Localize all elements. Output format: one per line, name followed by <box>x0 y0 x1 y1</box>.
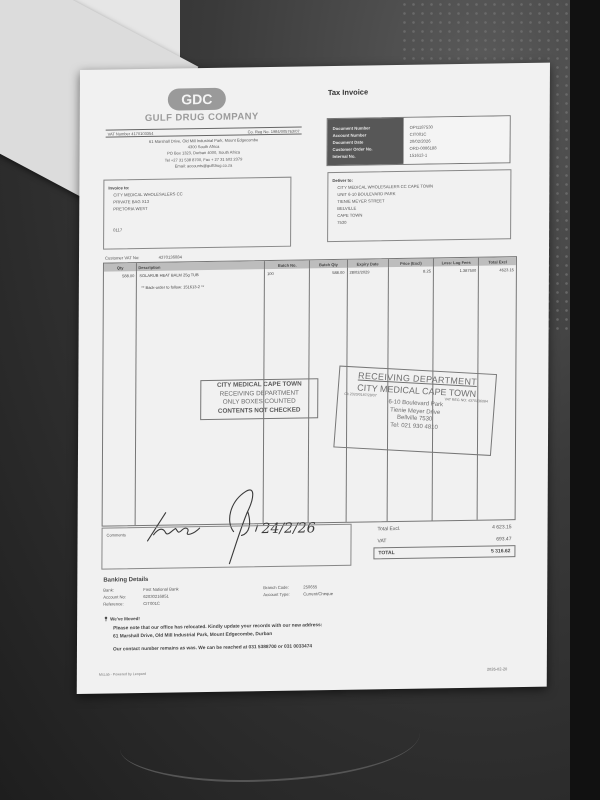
item-description: SOLARUB HEAT BALM 25g TUB <box>139 272 198 278</box>
total-label: TOTAL <box>378 550 394 556</box>
relocation-notice: Please note that our office has relocate… <box>113 619 513 654</box>
receiving-department-stamp: RECEIVING DEPARTMENT CITY MEDICAL CAPE T… <box>333 366 497 456</box>
reference-label: Reference: <box>103 601 143 607</box>
total-excl-value: 4 623.15 <box>492 524 511 530</box>
customer-vat-value: 4370136084 <box>159 254 182 259</box>
relocation-notice-title: 📍︎ We've Moved! <box>103 616 140 623</box>
branch-code-label: Branch Code: <box>263 584 303 590</box>
back-order-note: ** Back-order to follow: 151613-2 ** <box>139 283 262 290</box>
branch-code: 250655 <box>303 583 403 590</box>
footer-powered-by: McLab - Powered by Leopard <box>99 672 146 677</box>
vat-value: 693.47 <box>496 536 511 542</box>
vat-number: VAT Number 4170103354 <box>108 130 154 136</box>
account-no-label: Account No: <box>103 594 143 600</box>
receiving-stamp-box: CITY MEDICAL CAPE TOWN RECEIVING DEPARTM… <box>200 378 318 420</box>
total-value: 5 316.62 <box>491 548 510 554</box>
company-reg-number: Co. Reg No. 1984/005763/07 <box>248 128 300 134</box>
reference: CIT001C <box>143 600 223 606</box>
document-info-labels: Document Number Account Number Document … <box>327 118 403 165</box>
vat-label: VAT <box>377 538 386 544</box>
bank-label: Bank: <box>103 587 143 593</box>
total-excl-label: Total Excl. <box>378 526 401 532</box>
banking-details: Bank: First National Bank Branch Code: 2… <box>103 581 523 607</box>
bank-name: First National Bank <box>143 586 223 592</box>
document-info-box: Document Number Account Number Document … <box>326 115 510 166</box>
tax-invoice-document: GDC GULF DRUG COMPANY Tax Invoice VAT Nu… <box>77 63 550 694</box>
customer-vat: Customer VAT No: 4370136084 <box>105 254 182 260</box>
banking-details-title: Banking Details <box>103 577 148 584</box>
account-type-label: Account Type: <box>263 591 303 597</box>
stamp-line: CITY MEDICAL CAPE TOWN <box>217 381 302 389</box>
grand-total-row: TOTAL 5 316.62 <box>373 545 515 559</box>
deliver-to-box: Deliver to: CITY MEDICAL WHOLESALERS CC … <box>327 169 511 242</box>
footer-date: 2026-02-20 <box>487 666 507 671</box>
notice-title: We've Moved! <box>110 616 140 621</box>
account-type: Current/Cheque <box>303 590 403 597</box>
label-internal-no: Internal No. <box>333 152 399 160</box>
invoice-to-box: Invoice to: CITY MEDICAL WHOLESALERS CC … <box>103 177 291 250</box>
company-logo: GDC <box>168 88 226 111</box>
totals-box: Total Excl. 4 623.15 VAT 693.47 TOTAL 5 … <box>373 521 515 571</box>
internal-number: 151613-1 <box>410 150 504 158</box>
company-address: 61 Marshall Drive, Old Mill Industrial P… <box>105 137 301 171</box>
document-title: Tax Invoice <box>328 87 368 97</box>
document-info-values: OPI1187530 CIT001C 20/02/2026 ORD-000618… <box>403 116 509 164</box>
stamp-line: CONTENTS NOT CHECKED <box>218 406 301 414</box>
background-shadow <box>570 0 600 800</box>
comments-label: Comments <box>107 532 126 537</box>
company-name: GULF DRUG COMPANY <box>132 111 272 124</box>
customer-vat-label: Customer VAT No: <box>105 255 139 261</box>
account-no: 62030216851 <box>143 593 223 599</box>
invoice-to-postcode: 0117 <box>108 224 286 234</box>
comments-box: Comments <box>101 524 351 570</box>
seat-seam <box>120 700 420 782</box>
location-pin-icon: 📍︎ <box>103 617 109 622</box>
item-qty: 588.00 <box>103 271 137 526</box>
registration-line: VAT Number 4170103354 Co. Reg No. 1984/0… <box>106 127 302 138</box>
